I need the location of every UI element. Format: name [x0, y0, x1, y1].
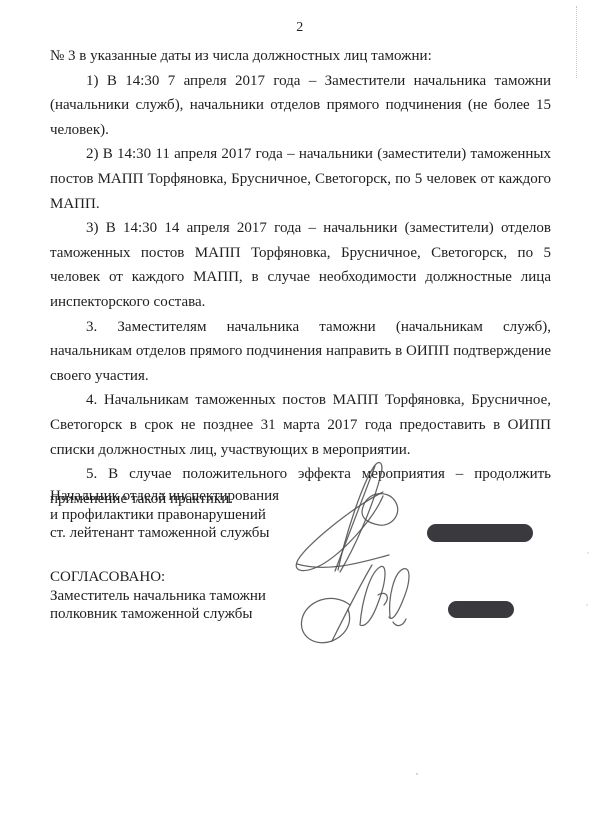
signatory-title-line: и профилактики правонарушений	[50, 506, 279, 525]
redaction-bar-name-2	[448, 601, 514, 618]
page-number: 2	[0, 20, 600, 36]
approver-title-line: Заместитель начальника таможни	[50, 587, 266, 606]
signatory-title-line: ст. лейтенант таможенной службы	[50, 524, 279, 543]
scan-artifact-speck	[587, 552, 589, 554]
paragraph-item-1: 1) В 14:30 7 апреля 2017 года – Заместит…	[50, 69, 551, 143]
document-page: 2 № 3 в указанные даты из числа должност…	[0, 0, 600, 826]
scan-artifact-speck	[586, 604, 588, 606]
handwritten-signature-2	[290, 555, 430, 650]
redaction-bar-name-1	[427, 524, 533, 542]
approver-title-line: полковник таможенной службы	[50, 605, 266, 624]
paragraph-point-4: 4. Начальникам таможенных постов МАПП То…	[50, 388, 551, 462]
scan-artifact-speck	[416, 773, 418, 775]
paragraph-item-2: 2) В 14:30 11 апреля 2017 года – начальн…	[50, 142, 551, 216]
paragraph-intro: № 3 в указанные даты из числа должностны…	[50, 44, 551, 69]
paragraph-point-3: 3. Заместителям начальника таможни (нача…	[50, 315, 551, 389]
signatory-title-line: Начальник отдела инспектирования	[50, 487, 279, 506]
paragraph-item-3: 3) В 14:30 14 апреля 2017 года – начальн…	[50, 216, 551, 314]
approval-block: СОГЛАСОВАНО: Заместитель начальника тамо…	[50, 568, 266, 624]
scan-artifact-dotted-line	[576, 6, 577, 78]
approval-heading: СОГЛАСОВАНО:	[50, 568, 266, 587]
document-body: № 3 в указанные даты из числа должностны…	[50, 44, 551, 511]
signatory-title-block: Начальник отдела инспектирования и профи…	[50, 487, 279, 543]
